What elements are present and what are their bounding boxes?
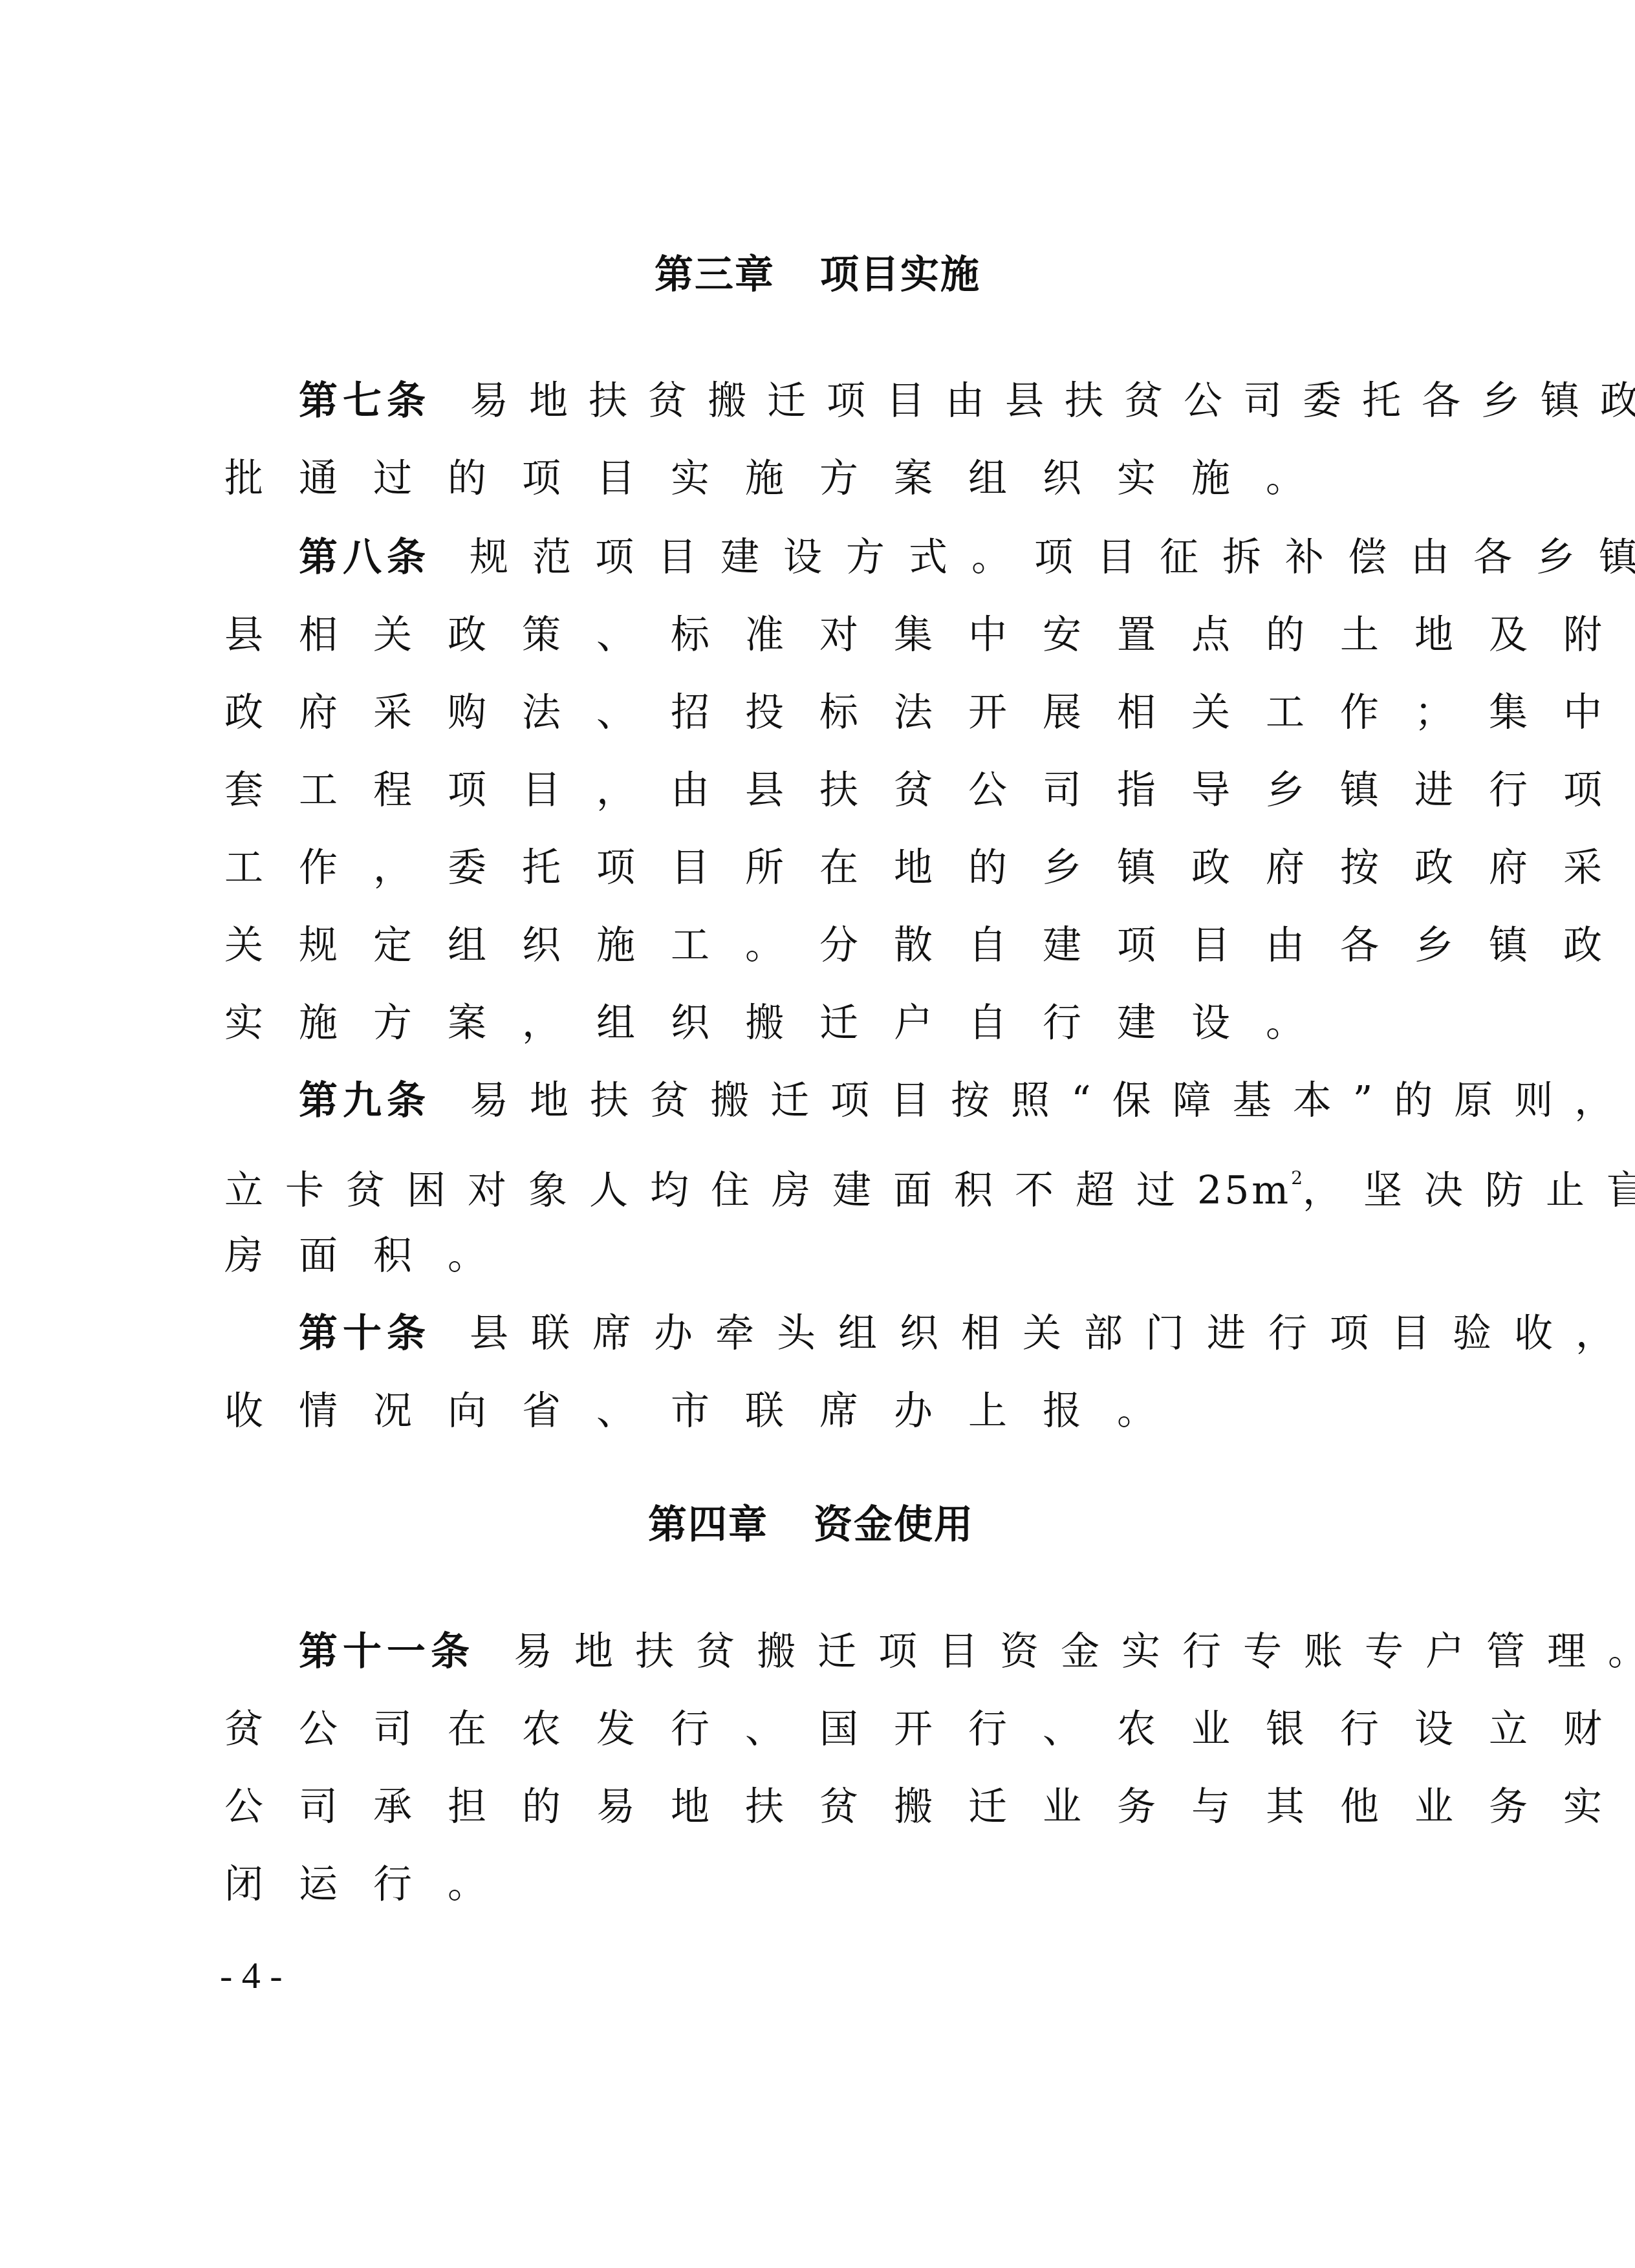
article-text-line: 立卡贫困对象人均住房建面积不超过25m2，坚决防止盲目扩大住 <box>224 1152 1343 1216</box>
article-label: 第八条 <box>299 535 431 580</box>
chapter-name: 项目实施 <box>820 252 980 297</box>
chapter-number: 第三章 <box>655 252 775 297</box>
article-paragraph: 第八条规范项目建设方式。项目征拆补偿由各乡镇政府按 <box>299 532 1418 583</box>
article-label: 第十条 <box>299 1311 431 1356</box>
article-text-line: 易地扶贫搬迁项目资金实行专账专户管理。县扶 <box>514 1629 1635 1674</box>
article-text-line: 政府采购法、招投标法开展相关工作；集中安置点基础建设和配 <box>224 687 1343 739</box>
chapter-number: 第四章 <box>648 1502 768 1548</box>
article-text-line: 批通过的项目实施方案组织实施。 <box>224 453 1343 504</box>
article-text-line: 收情况向省、市联席办上报。 <box>224 1385 1343 1437</box>
article-label: 第九条 <box>299 1078 431 1123</box>
chapter-name: 资金使用 <box>814 1502 974 1548</box>
chapter-title: 第三章项目实施 <box>0 249 1635 301</box>
article-text-line: 关规定组织施工。分散自建项目由各乡镇政府按审批通过的项目 <box>224 920 1343 971</box>
page-number: - 4 - <box>220 1953 283 1998</box>
area-unit-superscript: 2 <box>1291 1167 1303 1189</box>
area-unit: m <box>1251 1168 1291 1213</box>
article-text-line: 公司承担的易地扶贫搬迁业务与其他业务实行物理隔离，独立封 <box>224 1781 1343 1833</box>
article-text-line: 县相关政策、标准对集中安置点的土地及附着物进行补偿；按照 <box>224 609 1343 661</box>
document-page: 第三章项目实施 第七条易地扶贫搬迁项目由县扶贫公司委托各乡镇政府按审 批通过的项… <box>0 0 1635 2268</box>
article-paragraph: 第七条易地扶贫搬迁项目由县扶贫公司委托各乡镇政府按审 <box>299 375 1418 427</box>
article-text-line: 易地扶贫搬迁项目按照“保障基本”的原则，建档 <box>470 1078 1635 1123</box>
article-text-line: 易地扶贫搬迁项目由县扶贫公司委托各乡镇政府按审 <box>470 378 1635 424</box>
article-text-line: 贫公司在农发行、国开行、农业银行设立财政共管账户，县扶贫 <box>224 1703 1343 1755</box>
article-text-line: 闭运行。 <box>224 1859 1343 1910</box>
article-text-line: 实施方案，组织搬迁户自行建设。 <box>224 997 1343 1049</box>
article-label: 第七条 <box>299 378 431 424</box>
area-value: 25 <box>1197 1168 1251 1213</box>
article-text-segment: 立卡贫困对象人均住房建面积不超过 <box>224 1168 1197 1213</box>
article-text-line: 套工程项目，由县扶贫公司指导乡镇进行项目设计、监理、招标 <box>224 764 1343 816</box>
article-label: 第十一条 <box>299 1629 475 1674</box>
article-paragraph: 第十一条易地扶贫搬迁项目资金实行专账专户管理。县扶 <box>299 1626 1418 1678</box>
article-text-line: 县联席办牵头组织相关部门进行项目验收，并将验 <box>470 1311 1635 1356</box>
article-text-segment: ，坚决防止盲目扩大住 <box>1303 1168 1635 1213</box>
article-paragraph: 第九条易地扶贫搬迁项目按照“保障基本”的原则，建档 <box>299 1075 1418 1127</box>
article-text-line: 房面积。 <box>224 1230 1343 1282</box>
chapter-title: 第四章资金使用 <box>0 1499 1629 1551</box>
article-paragraph: 第十条县联席办牵头组织相关部门进行项目验收，并将验 <box>299 1308 1418 1359</box>
article-text-line: 工作，委托项目所在地的乡镇政府按政府采购法、招投标法等相 <box>224 842 1343 894</box>
article-text-line: 规范项目建设方式。项目征拆补偿由各乡镇政府按 <box>470 535 1635 580</box>
